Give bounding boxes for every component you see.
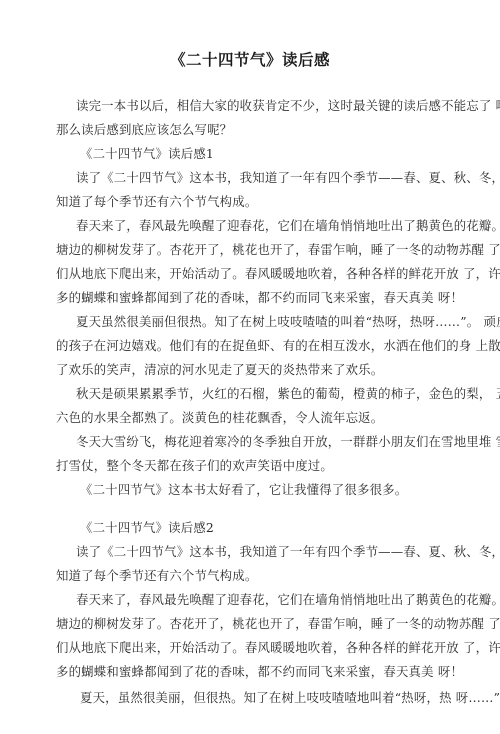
intro-line-1: 读完一本书以后，相信大家的收获肯定不少，这时最关键的读后感不能忘了 哦。 <box>76 98 448 114</box>
document-page: 《二十四节气》读后感 读完一本书以后，相信大家的收获肯定不少，这时最关键的读后感… <box>0 0 500 734</box>
essay-1-p6-line-1: 《二十四节气》这本书太好看了，它让我懂得了很多很多。 <box>80 482 472 498</box>
essay-1-p5-line-2: 打雪仗，整个冬天都在孩子们的欢声笑语中度过。 <box>56 458 448 474</box>
essay-1-p5-line-1: 冬天大雪纷飞，梅花迎着寒冷的冬季独自开放，一群群小朋友们在雪地里堆 雪人、 <box>76 434 444 450</box>
essay-1-p2-line-2: 塘边的柳树发芽了。杏花开了，桃花也开了，春雷乍响，睡了一冬的动物苏醒 了，它 <box>56 242 446 258</box>
essay-2-heading: 《二十四节气》读后感2 <box>80 520 472 536</box>
essay-1-p3-line-2: 的孩子在河边嬉戏。他们有的在捉鱼虾、有的在相互泼水，水洒在他们的身 上散发出 <box>56 338 446 354</box>
essay-1-p3-line-1: 夏天虽然很美丽但很热。知了在树上吱吱喳喳的叫着“热呀，热呀……”。 顽皮 <box>76 314 444 330</box>
essay-2-p2-line-4: 多的蝴蝶和蜜蜂都闻到了花的香味，都不约而同飞来采蜜，春天真美 呀！ <box>56 664 448 680</box>
document-title: 《二十四节气》读后感 <box>0 48 500 70</box>
essay-1-p2-line-3: 们从地底下爬出来，开始活动了。春风暖暖地吹着，各种各样的鲜花开放 了，许许多 <box>56 266 444 282</box>
essay-1-p1-line-1: 读了《二十四节气》这本书，我知道了一年有四个季节——春、夏、秋、冬，更 <box>76 170 444 186</box>
essay-1-p3-line-3: 了欢乐的笑声，清凉的河水见走了夏天的炎热带来了欢乐。 <box>56 362 448 378</box>
essay-1-heading: 《二十四节气》读后感1 <box>80 146 472 162</box>
essay-2-p3-line-1: 夏天，虽然很美丽，但很热。知了在树上吱吱喳喳地叫着“热呀，热 呀……”。 <box>80 690 448 706</box>
essay-1-p2-line-1: 春天来了，春风最先唤醒了迎春花，它们在墙角悄悄地吐出了鹅黄色的花瓣。 池 <box>76 218 446 234</box>
essay-2-p2-line-2: 塘边的柳树发芽了。杏花开了，桃花也开了，春雷乍响，睡了一冬的动物苏醒 了，它 <box>56 616 446 632</box>
essay-1-p2-line-4: 多的蝴蝶和蜜蜂都闻到了花的香味，都不约而同飞来采蜜，春天真美 呀！ <box>56 290 448 306</box>
intro-line-2: 那么读后感到底应该怎么写呢？ <box>56 122 448 138</box>
essay-1-p4-line-1: 秋天是硕果累累季节，火红的石榴，紫色的葡萄，橙黄的柿子，金色的梨， 五颜 <box>76 386 444 402</box>
essay-2-p1-line-1: 读了《二十四节气》这本书，我知道了一年有四个季节——春、夏、秋、冬，更 <box>76 544 444 560</box>
essay-1-p4-line-2: 六色的水果全都熟了。淡黄色的桂花飘香，令人流年忘返。 <box>56 410 448 426</box>
essay-2-p2-line-3: 们从地底下爬出来，开始活动了。春风暖暖地吹着，各种各样的鲜花开放 了，许许多 <box>56 640 444 656</box>
essay-2-p2-line-1: 春天来了，春风最先唤醒了迎春花，它们在墙角悄悄地吐出了鹅黄色的花瓣。 池 <box>76 592 446 608</box>
essay-1-p1-line-2: 知道了每个季节还有六个节气构成。 <box>56 194 448 210</box>
essay-2-p1-line-2: 知道了每个季节还有六个节气构成。 <box>56 568 448 584</box>
